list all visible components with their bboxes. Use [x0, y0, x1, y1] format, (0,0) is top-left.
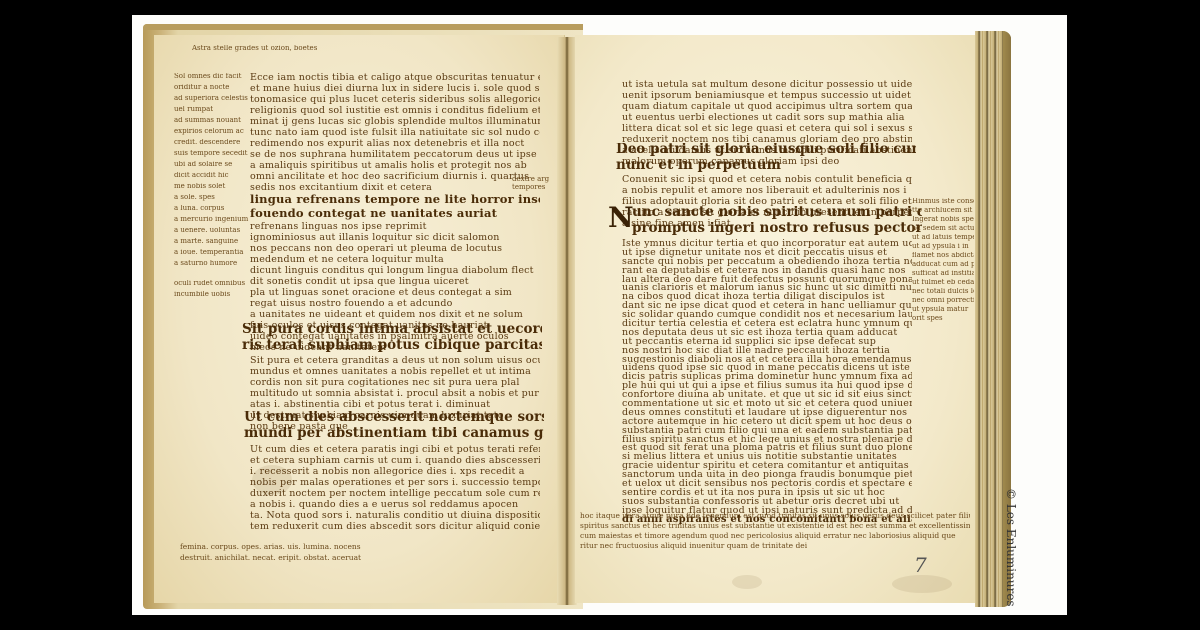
text-line: rant ea deputabis et cetera nos in dandi…: [622, 266, 912, 275]
text-line: commentatione ut sic et moto ut sic et c…: [622, 399, 912, 408]
verse-line: nunc et in perpetuum: [616, 159, 916, 175]
copyright-notice: © Les Enluminures: [1004, 488, 1018, 607]
text-line: sentire cordis et ut ita nos pura in ips…: [622, 488, 912, 497]
right-bottom-notes: hoc itaque uera atque pura fide tenendum…: [580, 512, 970, 552]
text-line: a nobis i. quando dies a e uerus sol red…: [250, 500, 540, 511]
margin-gloss: a sole. spes: [174, 194, 250, 205]
text-line: suggestionis diaboli nos at et cetera il…: [622, 355, 912, 364]
text-line: et mane huius diei diurna lux in sidere …: [250, 84, 540, 95]
bottom-note-line: ritur nec fructuosius aliquid inuenitur …: [580, 542, 970, 552]
text-line: tonomasice qui plus lucet ceteris sideri…: [250, 95, 540, 106]
text-line: sic solidar quando cumque condidit nos e…: [622, 310, 912, 319]
verse-line: Deo patri sit gloria eiusque soli filio …: [616, 143, 916, 159]
margin-gloss: flamet nos abdicta: [912, 252, 974, 261]
text-line: substantia patri cum filio qui una et ea…: [622, 426, 912, 435]
text-line: nos peccans non deo operari ut pleuma de…: [250, 244, 540, 255]
text-line: Ecce iam noctis tibia et caligo atque ob…: [250, 73, 540, 84]
text-line: Iste ymnus dicitur tertia et quo incorpo…: [622, 239, 912, 248]
right-doxology-verse: Deo patri sit gloria eiusque soli filio …: [616, 143, 916, 175]
text-line: redimendo nos expurit alias nox detenebr…: [250, 139, 540, 150]
text-line: atas i. abstinentia cibi et potus terat …: [250, 400, 540, 411]
right-body-text-2: Iste ymnus dicitur tertia et quo incorpo…: [622, 239, 912, 526]
margin-gloss: a ioue. temperantia: [174, 249, 250, 260]
margin-gloss: oriditur a nocte: [174, 84, 250, 95]
text-line: se de nos suphrana humilitatem peccatoru…: [250, 150, 540, 161]
text-line: lingua refrenans tempore ne lite horror …: [250, 194, 540, 208]
margin-gloss: Sol omnes dic facit: [174, 73, 250, 84]
image-frame: Astra stelle grades ut ozion, boetes Sol…: [132, 15, 1067, 615]
text-line: a uanitates ne uideant et quidem nos dix…: [250, 310, 540, 321]
text-line: lau altera deo dare fuit defectus possun…: [622, 275, 912, 284]
left-hymn-verse-2: Ut cum dies abscesserit noctemque sors r…: [244, 411, 544, 443]
text-line: tem reduxerit cum dies abscedit sors dic…: [250, 522, 540, 533]
text-line: Conuenit sic ipsi quod et cetera nobis c…: [622, 175, 912, 186]
margin-gloss: dicit accidit hic: [174, 172, 250, 183]
text-line: quam diatum capitale ut quod accipimus u…: [622, 102, 912, 113]
margin-gloss: suis tempore secedit: [174, 150, 250, 161]
text-line: cordis non sit pura cogitationes nec sit…: [250, 378, 540, 389]
text-line: si melius littera et unius uis notitie s…: [622, 452, 912, 461]
margin-gloss: me nobis solet: [174, 183, 250, 194]
verse-line: ris terat suphiam potus cibique parcitas: [242, 339, 542, 355]
text-line: omni ancilitate et hoc deo sacrificium d…: [250, 172, 540, 183]
margin-gloss: Hinmus iste consolat me: [912, 198, 974, 207]
text-line: ignominiosus aut illanis loquitur sic di…: [250, 233, 540, 244]
stain: [732, 575, 762, 589]
margin-gloss: adducat cum ad patris: [912, 261, 974, 270]
margin-gloss: a mercurio ingenium: [174, 216, 250, 227]
text-line: dicitur tertia celestia et cetera est ec…: [622, 319, 912, 328]
margin-gloss: ut ypsula matur: [912, 306, 974, 315]
text-line: ple hui qui ut qui a ipse et filius sumu…: [622, 381, 912, 390]
margin-gloss: nec totali dulcis lobis: [912, 288, 974, 297]
margin-gloss: a uenere. uoluntas: [174, 227, 250, 238]
text-line: ut ista uetula sat multum desone dicitur…: [622, 80, 912, 91]
text-line: deus omnes constituti et laudare ut ipse…: [622, 408, 912, 417]
text-line: confortore diuina ab unitate. et que ut …: [622, 390, 912, 399]
left-top-notes: Astra stelle grades ut ozion, boetes: [192, 45, 452, 55]
margin-gloss: ut fulmet eb cedamna: [912, 279, 974, 288]
margin-gloss: Ingerat nobis spes: [912, 216, 974, 225]
margin-gloss: orit spes: [912, 315, 974, 324]
text-line: minat ij gens lucas sic globis splendide…: [250, 117, 540, 128]
text-line: i. recesserit a nobis non allegorice die…: [250, 467, 540, 478]
text-line: fouendo contegat ne uanitates auriat: [250, 208, 540, 222]
margin-gloss: ubi ad solaire se: [174, 161, 250, 172]
text-line: dicunt linguis conditus qui longum lingu…: [250, 266, 540, 277]
right-margin-glosses: Hinmus iste consolat me tto archlucem si…: [912, 198, 974, 324]
text-line: Sit pura et cetera granditas a deus ut n…: [250, 356, 540, 367]
text-line: nos deputata deus ut sic est ihoza terti…: [622, 328, 912, 337]
text-line: nos nostri hoc sic diat ille nadre pecca…: [622, 346, 912, 355]
stain: [892, 575, 952, 593]
text-line: nobis per malas operationes et per sors …: [250, 478, 540, 489]
text-line: suos substantia confessoris ut abetur or…: [622, 497, 912, 506]
text-line: gracie uidentur spiritu et cetera comita…: [622, 461, 912, 470]
bottom-note-line: destruit. anichilat. necat. eripit. obst…: [180, 554, 420, 565]
text-line: na cibos quod dicat ihoza tertia diligat…: [622, 292, 912, 301]
text-line: dant sic ne ipse dicat quod et cetera in…: [622, 301, 912, 310]
book-gutter: [557, 37, 577, 605]
margin-gloss: ad summas nouant: [174, 117, 250, 128]
text-line: filius spiritu sanctus et hic lege unius…: [622, 435, 912, 444]
text-line: ta. Nota quod sors i. naturalis conditio…: [250, 511, 540, 522]
left-hymn-verse-1: Sit pura cordis intima absistat et uecor…: [242, 323, 542, 355]
text-line: pla ut linguas sonet oracione et deus co…: [250, 288, 540, 299]
text-line: sancte qui nobis per peccatum a obediend…: [622, 257, 912, 266]
verse-line: unc sancte nobis spiritus unum patri cum…: [632, 206, 922, 222]
text-line: et cetera suphiam carnis ut cum i. quand…: [250, 456, 540, 467]
text-line: mundus et omnes uanitates a nobis repell…: [250, 367, 540, 378]
folio-number: 7: [914, 553, 927, 577]
text-line: regat uisus nostro fouendo a et adcundo: [250, 299, 540, 310]
left-margin-glosses: Sol omnes dic facit oriditur a nocte ad …: [174, 73, 250, 302]
margin-gloss: a marte. sanguine: [174, 238, 250, 249]
margin-gloss: tto archlucem sit fasti: [912, 207, 974, 216]
margin-gloss: oculi rudet omnibus: [174, 280, 250, 291]
margin-gloss: nec omni porrectis: [912, 297, 974, 306]
text-line: tunc nato iam quod iste fulsit illa nati…: [250, 128, 540, 139]
verse-line: Ut cum dies abscesserit noctemque sors r…: [244, 411, 544, 427]
margin-gloss: uel rumpat: [174, 106, 250, 117]
margin-gloss: ad sedem sit actuate: [912, 225, 974, 234]
bottom-note-line: cum maiestas et timore agendum quod nec …: [580, 532, 970, 542]
text-line: actore autemque in hic cetero ut dicit s…: [622, 417, 912, 426]
text-line: religionis quod sol iustitie est omnis i…: [250, 106, 540, 117]
open-manuscript: Astra stelle grades ut ozion, boetes Sol…: [132, 15, 1067, 615]
bottom-note-line: hoc itaque uera atque pura fide tenendum…: [580, 512, 970, 522]
decorated-initial: N: [608, 201, 634, 234]
text-line: multitudo ut somnia absistat i. procul a…: [250, 389, 540, 400]
text-line: uenit ipsorum beniamiusque et tempus suc…: [622, 91, 912, 102]
text-line: a amaliquis spiritibus ut amalis holis e…: [250, 161, 540, 172]
left-body-text: Ecce iam noctis tibia et caligo atque ob…: [250, 73, 540, 354]
margin-gloss: ut ad ypsula i in: [912, 243, 974, 252]
margin-gloss: credit. descendere: [174, 139, 250, 150]
margin-gloss: sufficat ad institia: [912, 270, 974, 279]
text-line: duxerit noctem per noctem intellige pecc…: [250, 489, 540, 500]
text-line: ut euentus uerbi electiones ut cadit sor…: [622, 113, 912, 124]
margin-gloss: expirios celorum ac: [174, 128, 250, 139]
text-line: sanctorum unda uita in deo pionga fraudi…: [622, 470, 912, 479]
text-line: ut ipse dignetur unitate nos et dicit pe…: [622, 248, 912, 257]
left-bottom-notes: femina. corpus. opes. arias. uis. lumina…: [180, 543, 420, 565]
text-line: ut peccantis eterna id supplici sic ipse…: [622, 337, 912, 346]
text-line: a nobis repulit et amore nos liberauit e…: [622, 186, 912, 197]
text-line: et uelox ut dicit sensibus nos pectoris …: [622, 479, 912, 488]
text-line: sedis nos excitantium dixit et cetera: [250, 183, 540, 194]
text-line: uanis clarioris et malorum ianus sic hun…: [622, 283, 912, 292]
text-line: medendum et ne cetera loquitur multa: [250, 255, 540, 266]
text-line: Ut cum dies et cetera paratis ingi cibi …: [250, 445, 540, 456]
text-line: littera dicat sol et sic lege quasi et c…: [622, 124, 912, 135]
text-line: est quod sit ferat una ploma patris et f…: [622, 443, 912, 452]
verse-line: Sit pura cordis intima absistat et uecor…: [242, 323, 542, 339]
bottom-note-line: spiritus sanctus et hec trinitas unius e…: [580, 522, 970, 532]
margin-gloss: ut ad latuis tempel: [912, 234, 974, 243]
top-note-line: Astra stelle grades ut ozion, boetes: [192, 45, 452, 55]
margin-gloss: ad superiora celestis: [174, 95, 250, 106]
right-hymn-verse: unc sancte nobis spiritus unum patri cum…: [632, 206, 922, 238]
text-line: uidens quod ipse sic quod in mane peccat…: [622, 363, 912, 372]
margin-gloss: a saturno humore: [174, 260, 250, 280]
verse-line: promptus ingeri nostro refusus pectori: [632, 222, 922, 238]
margin-gloss: a luna. corpus: [174, 205, 250, 216]
text-line: refrenans linguas nos ipse reprimit: [250, 222, 540, 233]
bottom-note-line: femina. corpus. opes. arias. uis. lumina…: [180, 543, 420, 554]
verse-line: mundi per abstinentiam tibi canamus glor…: [244, 427, 544, 443]
text-line: dit sonetis condit ut ipsa que lingua ui…: [250, 277, 540, 288]
text-line: dicis patris suplicas prima dominetur hu…: [622, 372, 912, 381]
margin-gloss: incumbile uobis: [174, 291, 250, 302]
left-body-text-3: Ut cum dies et cetera paratis ingi cibi …: [250, 445, 540, 533]
